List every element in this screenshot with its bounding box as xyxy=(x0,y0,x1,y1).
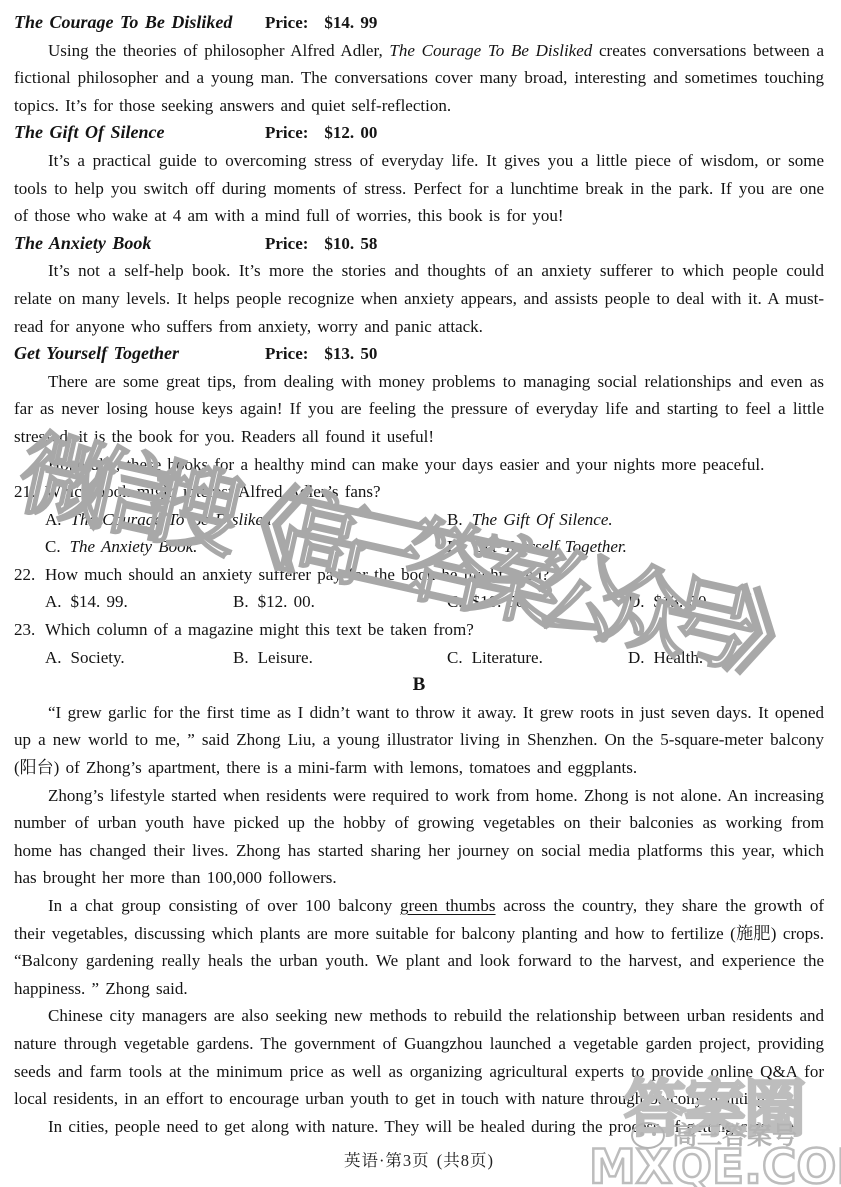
answer-option: B.Leisure. xyxy=(233,644,447,672)
question-number: 22. xyxy=(14,561,45,589)
answer-option: C.Literature. xyxy=(447,644,628,672)
passage-paragraph: Chinese city managers are also seeking n… xyxy=(14,1002,824,1112)
options-row: A.The Courage To Be Disliked.B.The Gift … xyxy=(45,506,824,561)
option-letter: B. xyxy=(233,648,249,667)
book-entry: The Gift Of Silence Price: $12. 00 It’s … xyxy=(14,119,824,229)
question-text: Which book might interest Alfred Adler’s… xyxy=(45,478,824,506)
price-value: $14. 99 xyxy=(324,9,377,37)
question-number: 23. xyxy=(14,616,45,644)
answer-option: C.The Anxiety Book. xyxy=(45,533,447,561)
question-line: 21. Which book might interest Alfred Adl… xyxy=(14,478,824,506)
question: 22. How much should an anxiety sufferer … xyxy=(14,561,824,616)
question-text: How much should an anxiety sufferer pay … xyxy=(45,561,824,589)
option-text: The Courage To Be Disliked. xyxy=(71,510,276,529)
book-description: Using the theories of philosopher Alfred… xyxy=(14,37,824,120)
passage-paragraph: Zhong’s lifestyle started when residents… xyxy=(14,782,824,892)
option-text: $10. 58. xyxy=(472,592,529,611)
passage: “I grew garlic for the first time as I d… xyxy=(14,699,824,1141)
book-entry: The Anxiety Book Price: $10. 58 It’s not… xyxy=(14,230,824,340)
book-title: Get Yourself Together xyxy=(14,340,265,368)
answer-option: B.The Gift Of Silence. xyxy=(447,506,824,534)
price-label: Price: xyxy=(265,340,308,368)
answer-option: D.$13. 50. xyxy=(628,588,824,616)
question-line: 22. How much should an anxiety sufferer … xyxy=(14,561,824,589)
book-list: The Courage To Be Disliked Price: $14. 9… xyxy=(14,9,824,451)
price-value: $13. 50 xyxy=(324,340,377,368)
answer-option: C.$10. 58. xyxy=(447,588,628,616)
price-label: Price: xyxy=(265,230,308,258)
options-row: A.$14. 99.B.$12. 00.C.$10. 58.D.$13. 50. xyxy=(45,588,824,616)
closing-line: Hopefully, these books for a healthy min… xyxy=(14,451,824,479)
option-text: $14. 99. xyxy=(71,592,128,611)
price-value: $12. 00 xyxy=(324,119,377,147)
book-heading-row: The Anxiety Book Price: $10. 58 xyxy=(14,230,824,258)
question-list: 21. Which book might interest Alfred Adl… xyxy=(14,478,824,671)
book-heading-row: Get Yourself Together Price: $13. 50 xyxy=(14,340,824,368)
exam-page: The Courage To Be Disliked Price: $14. 9… xyxy=(0,0,841,1187)
answer-option: B.$12. 00. xyxy=(233,588,447,616)
question: 23. Which column of a magazine might thi… xyxy=(14,616,824,671)
passage-paragraph: In cities, people need to get along with… xyxy=(14,1113,824,1141)
answer-option: D.Health. xyxy=(628,644,824,672)
option-letter: A. xyxy=(45,648,62,667)
book-title: The Courage To Be Disliked xyxy=(14,9,265,37)
option-letter: D. xyxy=(628,648,645,667)
option-text: $13. 50. xyxy=(654,592,711,611)
option-text: Health. xyxy=(654,648,704,667)
book-description: It’s a practical guide to overcoming str… xyxy=(14,147,824,230)
answer-option: D.Get Yourself Together. xyxy=(447,533,824,561)
option-text: Literature. xyxy=(472,648,543,667)
option-letter: D. xyxy=(447,537,464,556)
book-entry: Get Yourself Together Price: $13. 50 The… xyxy=(14,340,824,450)
option-text: Society. xyxy=(71,648,125,667)
option-text: The Anxiety Book. xyxy=(70,537,198,556)
option-text: $12. 00. xyxy=(258,592,315,611)
option-text: Leisure. xyxy=(258,648,313,667)
book-title: The Anxiety Book xyxy=(14,230,265,258)
options-row: A.Society.B.Leisure.C.Literature.D.Healt… xyxy=(45,644,824,672)
book-entry: The Courage To Be Disliked Price: $14. 9… xyxy=(14,9,824,119)
book-title: The Gift Of Silence xyxy=(14,119,265,147)
option-letter: B. xyxy=(233,592,249,611)
passage-paragraph: “I grew garlic for the first time as I d… xyxy=(14,699,824,782)
price-label: Price: xyxy=(265,119,308,147)
book-description: It’s not a self-help book. It’s more the… xyxy=(14,257,824,340)
price-label: Price: xyxy=(265,9,308,37)
price-value: $10. 58 xyxy=(324,230,377,258)
option-letter: C. xyxy=(45,537,61,556)
question-number: 21. xyxy=(14,478,45,506)
section-heading: B xyxy=(14,671,824,699)
option-letter: C. xyxy=(447,592,463,611)
option-text: Get Yourself Together. xyxy=(473,537,627,556)
page-footer: 英语·第3页 (共8页) xyxy=(14,1147,824,1175)
question: 21. Which book might interest Alfred Adl… xyxy=(14,478,824,561)
book-heading-row: The Courage To Be Disliked Price: $14. 9… xyxy=(14,9,824,37)
option-letter: A. xyxy=(45,592,62,611)
option-letter: A. xyxy=(45,510,62,529)
answer-option: A.The Courage To Be Disliked. xyxy=(45,506,447,534)
question-line: 23. Which column of a magazine might thi… xyxy=(14,616,824,644)
passage-paragraph: In a chat group consisting of over 100 b… xyxy=(14,892,824,1002)
option-text: The Gift Of Silence. xyxy=(472,510,613,529)
book-heading-row: The Gift Of Silence Price: $12. 00 xyxy=(14,119,824,147)
question-text: Which column of a magazine might this te… xyxy=(45,616,824,644)
book-description: There are some great tips, from dealing … xyxy=(14,368,824,451)
answer-option: A.$14. 99. xyxy=(45,588,233,616)
answer-option: A.Society. xyxy=(45,644,233,672)
option-letter: D. xyxy=(628,592,645,611)
option-letter: B. xyxy=(447,510,463,529)
option-letter: C. xyxy=(447,648,463,667)
